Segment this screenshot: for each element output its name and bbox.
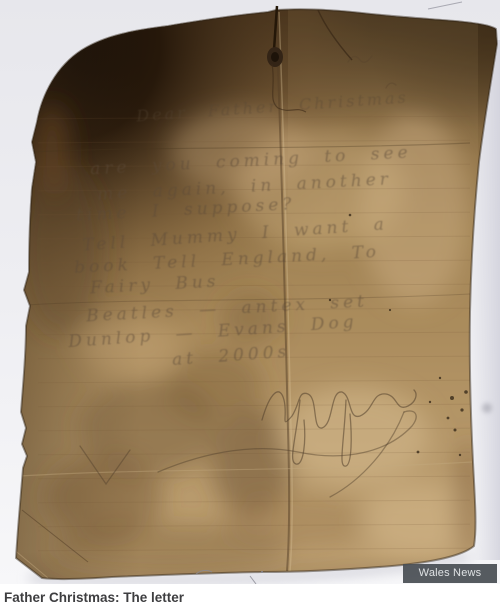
letter-photo: Dear Father Christmas are you coming to … [0,0,500,584]
burnt-letter-paper [0,0,500,584]
photo-caption: Father Christmas: The letter [0,584,500,607]
letter-photo-art [0,0,500,584]
ruled-lines [38,108,470,564]
photo-credit-badge: Wales News Service [403,564,497,583]
